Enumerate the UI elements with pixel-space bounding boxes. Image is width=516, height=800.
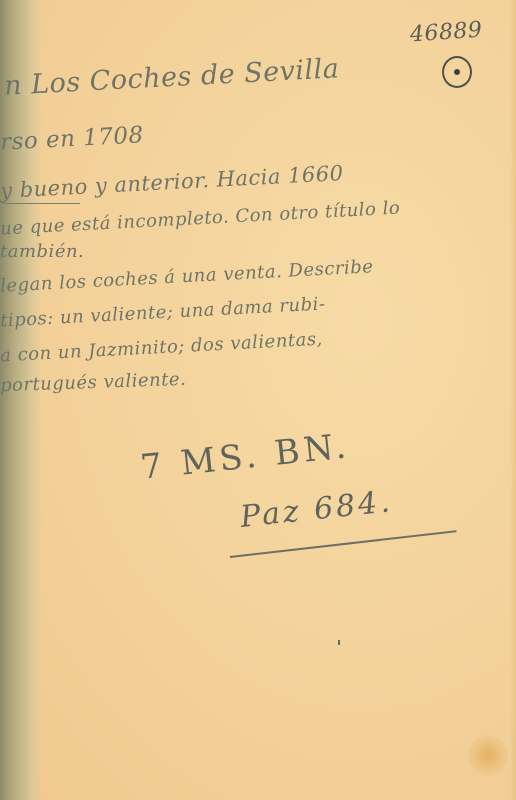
title-line: n Los Coches de Sevilla [3,53,340,102]
reference-underline [230,530,457,558]
catalog-page-reference: Paz 684. [239,484,395,535]
foxing-stain [468,735,508,775]
pencil-speck [338,640,340,645]
manuscript-page: 46889 n Los Coches de Sevilla rso en 170… [0,0,516,800]
underline-mark [2,203,80,204]
catalog-number: 46889 [409,18,483,48]
circle-dot-stamp-icon [442,56,472,88]
page-edge [510,0,516,800]
manuscript-reference: 7 MS. BN. [138,426,351,488]
note-line-5: legan los coches á una venta. Describe [0,256,374,297]
stamp-dot [454,69,460,75]
note-line-2: y bueno y anterior. Hacia 1660 [0,161,344,203]
note-line-4: también. [0,241,84,262]
note-line-6: tipos: un valiente; una dama rubi- [0,293,326,331]
note-line-7: a con un Jazminito; dos valientas, [0,329,323,367]
binding-gutter-shadow [0,0,42,800]
